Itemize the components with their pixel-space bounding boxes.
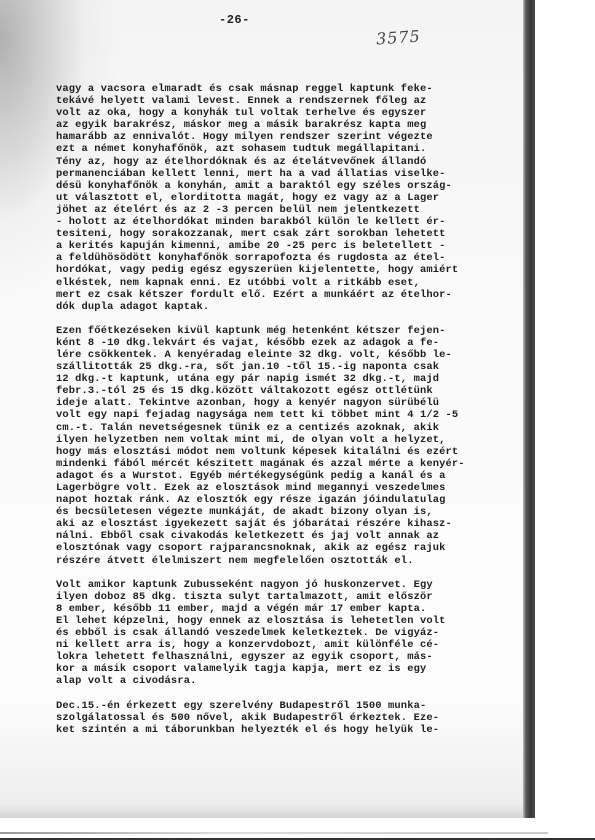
text-line: hogy más elosztási módot nem voltunk kép… xyxy=(56,446,526,458)
text-line: tekávé helyett valami levest. Ennek a re… xyxy=(56,95,526,107)
text-line: ut választott el, elorditotta magát, hog… xyxy=(56,192,526,204)
text-line: cm.-t. Talán nevetségesnek tünik ez a ce… xyxy=(56,422,526,434)
text-line: és ebből is csak állandó veszedelmek kel… xyxy=(56,627,526,639)
text-line: désü konyhafőnök a konyhán, amit a barak… xyxy=(56,180,526,192)
text-line: jöhet az ételért és az 2 -3 percen belül… xyxy=(56,204,526,216)
text-line: lére csökkentek. A kenyéradag eleinte 32… xyxy=(56,349,526,361)
typewritten-body: vagy a vacsora elmaradt és csak másnap r… xyxy=(56,83,526,748)
text-line: 12 dkg.-t kaptunk, utána egy pár napig i… xyxy=(56,373,526,385)
text-line: részére átvett élelmiszert nem megfelelő… xyxy=(56,555,526,567)
text-line: vagy a vacsora elmaradt és csak másnap r… xyxy=(56,83,526,95)
text-line: volt egy napi fejadag nagysága nem tett … xyxy=(56,409,526,421)
text-line: ideje alatt. Tekintve azonban, hogy a ke… xyxy=(56,397,526,409)
handwritten-archive-number: 3575 xyxy=(375,26,421,48)
text-line: Volt amikor kaptunk Zubusseként nagyon j… xyxy=(56,579,526,591)
text-line: Lagerbögre volt. Ezek az elosztások mind… xyxy=(56,482,526,494)
text-line: El lehet képzelni, hogy ennek az elosztá… xyxy=(56,615,526,627)
text-line: napot hoztak ránk. Az elosztók egy része… xyxy=(56,494,526,506)
scan-edge-shadow xyxy=(523,0,535,818)
paragraph-canned-meat: Volt amikor kaptunk Zubusseként nagyon j… xyxy=(56,579,526,688)
text-line: mert ez csak kétszer fordult elő. Ezért … xyxy=(56,289,526,301)
text-line: nálni. Ebből csak civakodás keletkezett … xyxy=(56,530,526,542)
text-line: ket szintén a mi táborunkban helyezték e… xyxy=(56,724,526,736)
text-line: Tény az, hogy az ételhordóknak és az éte… xyxy=(56,156,526,168)
text-line: permanenciában kellett lenni, mert ha a … xyxy=(56,168,526,180)
text-line: Ezen főétkezéseken kivül kaptunk még het… xyxy=(56,325,526,337)
paragraph-meal-distribution: vagy a vacsora elmaradt és csak másnap r… xyxy=(56,83,526,313)
text-line: a feldühösödött konyhafőnök sorrapofozta… xyxy=(56,252,526,264)
text-line: lokra lehetett felhasználni, egyszer az … xyxy=(56,651,526,663)
text-line: ként 8 -10 dkg.lekvárt és vajat, később … xyxy=(56,337,526,349)
text-line: adagot és a Wurstot. Egyéb mértékegységü… xyxy=(56,470,526,482)
text-line: febr.3.-tól 25 és 15 dkg.között váltakoz… xyxy=(56,385,526,397)
text-line: hamarább az ennivalót. Hogy milyen rends… xyxy=(56,131,526,143)
text-line: és becsületesen végezte munkáját, de aka… xyxy=(56,506,526,518)
scanned-page: -26- 3575 vagy a vacsora elmaradt és csa… xyxy=(0,0,527,818)
paragraph-december-arrival: Dec.15.-én érkezett egy szerelvény Budap… xyxy=(56,700,526,736)
text-line: volt az oka, hogy a konyhák tul voltak t… xyxy=(56,107,526,119)
text-line: aki az elosztást igyekezett saját és jób… xyxy=(56,518,526,530)
text-line: az egyik barakrész, máskor meg a másik b… xyxy=(56,119,526,131)
text-line: - holott az ételhordókat minden barakból… xyxy=(56,216,526,228)
text-line: elkéstek, nem kapnak enni. Ez utóbbi vol… xyxy=(56,277,526,289)
text-line: a kerités kapuján kimenni, amibe 20 -25 … xyxy=(56,240,526,252)
text-line: elosztónak vagy csoport rajparancsnoknak… xyxy=(56,542,526,554)
scan-bottom-edge xyxy=(0,832,548,834)
text-line: ilyen helyzetben nem voltak mint mi, de … xyxy=(56,434,526,446)
text-line: hordókat, vagy pedig egész egyszerüen ki… xyxy=(56,264,526,276)
text-line: ezt a német konyhafőnök, azt sohasem tud… xyxy=(56,143,526,155)
text-line: ni kellett arra is, hogy a konzervdobozt… xyxy=(56,639,526,651)
paragraph-rations: Ezen főétkezéseken kivül kaptunk még het… xyxy=(56,325,526,567)
text-line: ilyen doboz 85 dkg. tiszta sulyt tartalm… xyxy=(56,591,526,603)
text-line: Dec.15.-én érkezett egy szerelvény Budap… xyxy=(56,700,526,712)
page-number: -26- xyxy=(219,13,250,27)
text-line: szállitották 25 dkg.-ra, sőt jan.10 -től… xyxy=(56,361,526,373)
text-line: dók dupla adagot kaptak. xyxy=(56,301,526,313)
text-line: tesiteni, hogy sorakozzanak, mert csak z… xyxy=(56,228,526,240)
text-line: kor a másik csoport valamelyik tagja kap… xyxy=(56,663,526,675)
text-line: alap volt a civodásra. xyxy=(56,675,526,687)
text-line: szolgálatossal és 500 nővel, akik Budape… xyxy=(56,712,526,724)
text-line: 8 ember, később 11 ember, majd a végén m… xyxy=(56,603,526,615)
text-line: mindenki fából mércét készitett magának … xyxy=(56,458,526,470)
